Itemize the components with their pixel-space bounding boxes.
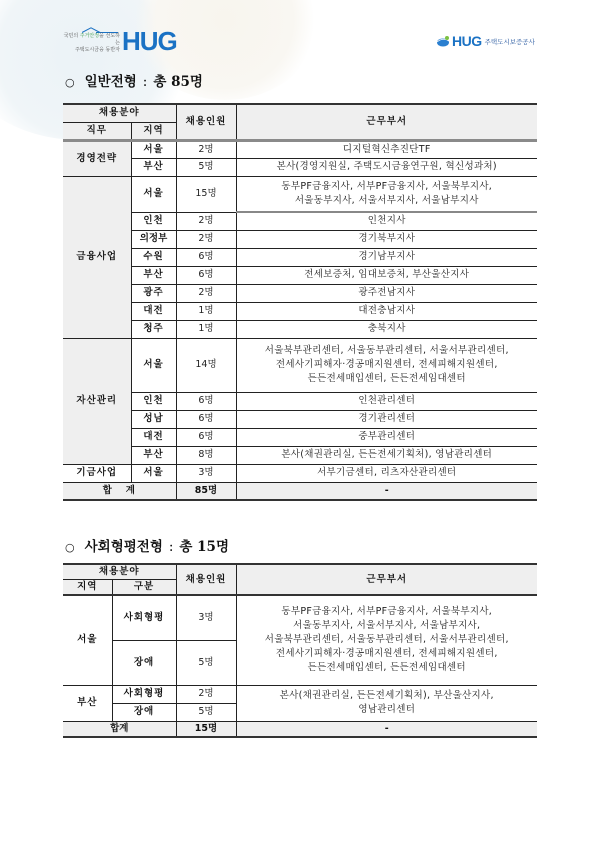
table-row: 부산 5명 본사(경영지원실, 주택도시금융연구원, 혁신성과처) [63,158,537,176]
headcount-cell: 6명 [176,410,236,428]
department-cell: 전세보증처, 임대보증처, 부산울산지사 [236,266,537,284]
header-field-group: 채용분야 [63,104,176,122]
department-cell: 충북지사 [236,320,537,338]
circle-bullet-icon: ○ [65,76,75,89]
department-cell: 인천지사 [236,212,537,230]
headcount-cell: 5명 [176,703,236,721]
table-row: 부산 6명 전세보증처, 임대보증처, 부산울산지사 [63,266,537,284]
header-headcount: 채용인원 [176,104,236,140]
total-headcount: 85명 [176,482,236,500]
table-row: 부산 사회형평 2명 본사(채권관리실, 든든전세기획처), 부산울산지사, 영… [63,685,537,703]
hug-wordmark: HUG [122,28,177,54]
region-cell: 부산 [131,266,176,284]
headcount-cell: 2명 [176,284,236,302]
total-row: 합 계 85명 - [63,482,537,500]
table-row: 수원 6명 경기남부지사 [63,248,537,266]
department-cell: 인천관리센터 [236,392,537,410]
headcount-cell: 2명 [176,230,236,248]
total-label: 합 계 [63,482,176,500]
total-department: - [236,721,537,737]
company-name: 주택도시보증공사 [485,37,535,46]
circle-bullet-icon: ○ [65,541,75,554]
headcount-cell: 1명 [176,302,236,320]
table-row: 성남 6명 경기관리센터 [63,410,537,428]
section-title-social-equity: ○사회형평전형:총 15명 [65,535,229,555]
table-row: 자산관리 서울 14명 서울북부관리센터, 서울동부관리센터, 서울서부관리센터… [63,338,537,392]
job-cell: 자산관리 [63,338,131,464]
headcount-cell: 5명 [176,158,236,176]
header-region: 지역 [63,580,112,596]
department-cell: 서부기금센터, 리츠자산관리센터 [236,464,537,482]
region-cell: 의정부 [131,230,176,248]
table-row: 부산 8명 본사(채권관리실, 든든전세기획처), 영남관리센터 [63,446,537,464]
department-cell: 동부PF금융지사, 서부PF금융지사, 서울북부지사, 서울동부지사, 서울서부… [236,595,537,685]
headcount-cell: 3명 [176,464,236,482]
header-field-group: 채용분야 [63,564,176,580]
header-department: 근무부서 [236,104,537,140]
headcount-cell: 6명 [176,428,236,446]
region-cell: 부산 [131,446,176,464]
job-cell: 금융사업 [63,176,131,338]
table-row: 인천 6명 인천관리센터 [63,392,537,410]
region-cell: 인천 [131,392,176,410]
hug-slogan-logo: 국민의 주거안정을 선도하는 주택도시금융 동반자 HUG [62,27,182,57]
region-cell: 수원 [131,248,176,266]
department-cell: 대전충남지사 [236,302,537,320]
region-cell: 서울 [131,338,176,392]
general-recruitment-table: 채용분야 채용인원 근무부서 직무 지역 경영전략 서울 2명 디지털혁신추진단… [63,103,537,501]
section-title-general: ○일반전형:총 85명 [65,70,203,90]
department-cell: 경기관리센터 [236,410,537,428]
total-department: - [236,482,537,500]
region-cell: 청주 [131,320,176,338]
headcount-cell: 2명 [176,212,236,230]
region-cell: 광주 [131,284,176,302]
department-cell: 본사(경영지원실, 주택도시금융연구원, 혁신성과처) [236,158,537,176]
table-row: 기금사업 서울 3명 서부기금센터, 리츠자산관리센터 [63,464,537,482]
type-cell: 장애 [112,703,176,721]
headcount-cell: 6명 [176,266,236,284]
job-cell: 경영전략 [63,140,131,176]
headcount-cell: 6명 [176,248,236,266]
total-row: 합계 15명 - [63,721,537,737]
table-row: 금융사업 서울 15명 동부PF금융지사, 서부PF금융지사, 서울북부지사, … [63,176,537,212]
department-cell: 동부PF금융지사, 서부PF금융지사, 서울북부지사, 서울동부지사, 서울서부… [236,176,537,212]
table-row: 인천 2명 인천지사 [63,212,537,230]
table-row: 청주 1명 충북지사 [63,320,537,338]
department-cell: 중부관리센터 [236,428,537,446]
header-department: 근무부서 [236,564,537,595]
headcount-cell: 2명 [176,685,236,703]
hug-corporate-logo: HUG 주택도시보증공사 [436,33,535,49]
region-cell: 부산 [63,685,112,721]
header-job: 직무 [63,122,131,140]
headcount-cell: 1명 [176,320,236,338]
department-cell: 본사(채권관리실, 든든전세기획처), 부산울산지사, 영남관리센터 [236,685,537,721]
hug-globe-icon [436,36,450,47]
department-cell: 본사(채권관리실, 든든전세기획처), 영남관리센터 [236,446,537,464]
total-headcount: 15명 [176,721,236,737]
table-row: 대전 6명 중부관리센터 [63,428,537,446]
region-cell: 부산 [131,158,176,176]
region-cell: 대전 [131,428,176,446]
region-cell: 인천 [131,212,176,230]
headcount-cell: 14명 [176,338,236,392]
headcount-cell: 3명 [176,595,236,640]
table-row: 대전 1명 대전충남지사 [63,302,537,320]
type-cell: 장애 [112,640,176,685]
headcount-cell: 5명 [176,640,236,685]
headcount-cell: 2명 [176,140,236,158]
region-cell: 대전 [131,302,176,320]
department-cell: 광주전남지사 [236,284,537,302]
type-cell: 사회형평 [112,595,176,640]
header-headcount: 채용인원 [176,564,236,595]
region-cell: 서울 [63,595,112,685]
header-type: 구분 [112,580,176,596]
table-row: 의정부 2명 경기북부지사 [63,230,537,248]
department-cell: 서울북부관리센터, 서울동부관리센터, 서울서부관리센터, 전세사기피해자·경공… [236,338,537,392]
region-cell: 서울 [131,176,176,212]
social-equity-recruitment-table: 채용분야 채용인원 근무부서 지역 구분 서울 사회형평 3명 동부PF금융지사… [63,563,537,738]
headcount-cell: 6명 [176,392,236,410]
department-cell: 경기남부지사 [236,248,537,266]
job-cell: 기금사업 [63,464,131,482]
table-row: 광주 2명 광주전남지사 [63,284,537,302]
type-cell: 사회형평 [112,685,176,703]
hug-wordmark: HUG [452,33,482,49]
header-region: 지역 [131,122,176,140]
slogan-text: 국민의 주거안정을 선도하는 주택도시금융 동반자 [62,33,120,54]
region-cell: 서울 [131,140,176,158]
total-label: 합계 [63,721,176,737]
headcount-cell: 8명 [176,446,236,464]
region-cell: 서울 [131,464,176,482]
table-row: 서울 사회형평 3명 동부PF금융지사, 서부PF금융지사, 서울북부지사, 서… [63,595,537,640]
table-row: 경영전략 서울 2명 디지털혁신추진단TF [63,140,537,158]
region-cell: 성남 [131,410,176,428]
department-cell: 디지털혁신추진단TF [236,140,537,158]
department-cell: 경기북부지사 [236,230,537,248]
headcount-cell: 15명 [176,176,236,212]
